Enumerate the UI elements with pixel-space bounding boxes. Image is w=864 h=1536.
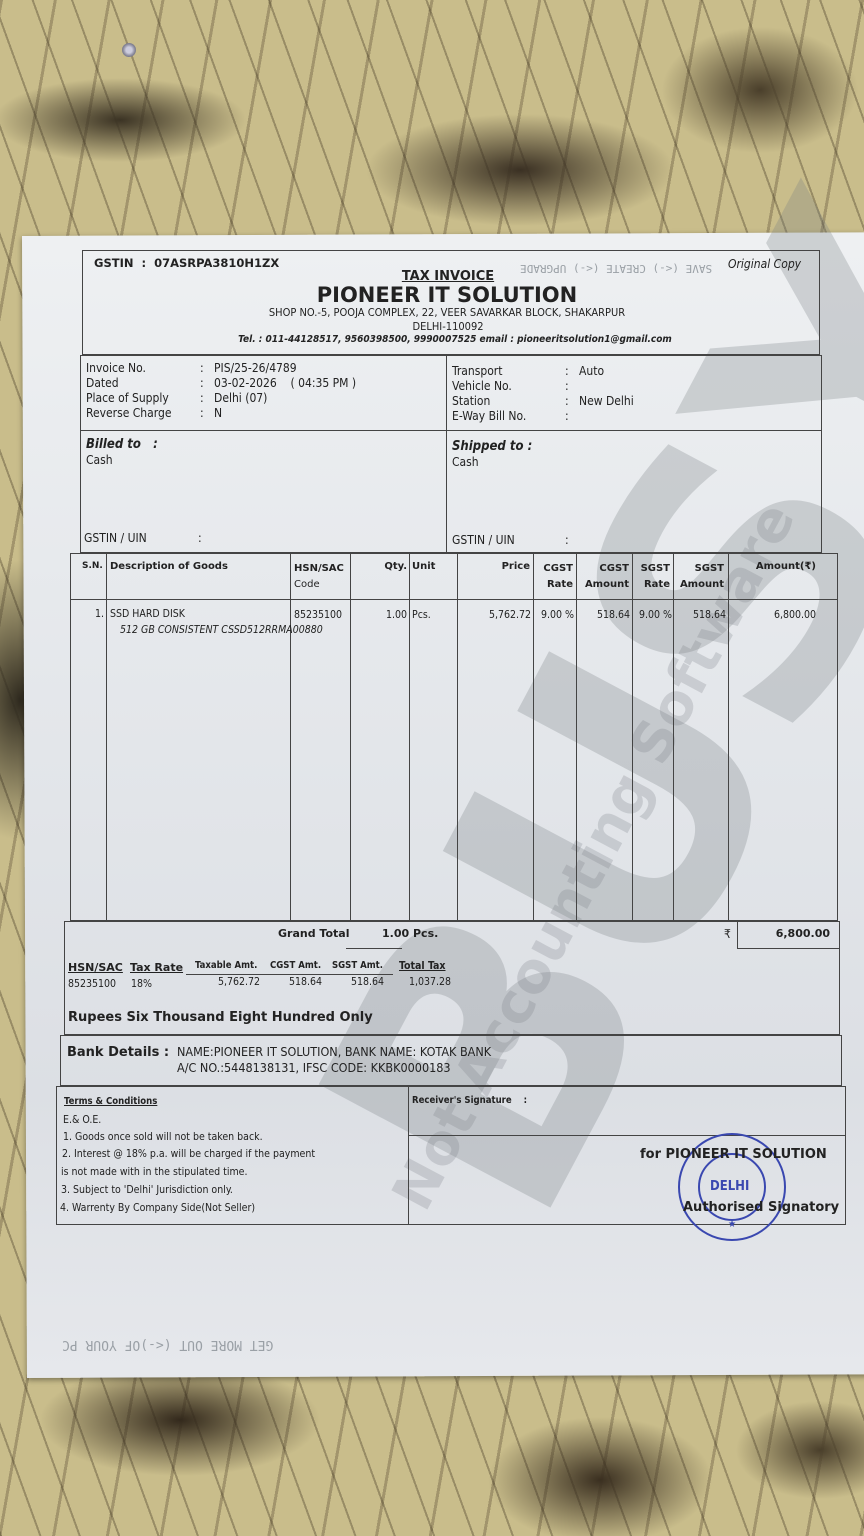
row-sgst-amount: 518.64 xyxy=(675,609,726,621)
invoice-no-label: Invoice No. xyxy=(86,361,146,375)
address-line2: DELHI-110092 xyxy=(380,320,516,333)
row-sub-description: 512 GB CONSISTENT CSSD512RRMA00880 xyxy=(120,624,323,636)
address-line1: SHOP NO.-5, POOJA COMPLEX, 22, VEER SAVA… xyxy=(200,306,694,319)
row-cgst-amount: 518.64 xyxy=(578,609,630,621)
dated-value: 03-02-2026 ( 04:35 PM ) xyxy=(214,376,356,390)
row-unit: Pcs. xyxy=(412,609,431,621)
header-sn: S.N. xyxy=(82,561,103,571)
stamp-text: DELHI xyxy=(710,1179,749,1194)
station-label: Station xyxy=(452,394,490,408)
dated-label: Dated xyxy=(86,376,119,390)
authorised-signatory: Authorised Signatory xyxy=(683,1200,839,1215)
reverse-charge-value: N xyxy=(214,406,222,420)
invoice-info-box xyxy=(80,355,822,553)
tax-summary-header-sgst: SGST Amt. xyxy=(332,960,383,971)
tax-summary-header-total: Total Tax xyxy=(399,960,446,972)
header-description: Description of Goods xyxy=(110,561,228,572)
row-amount: 6,800.00 xyxy=(730,609,816,621)
for-company: for PIONEER IT SOLUTION xyxy=(640,1147,827,1162)
mirrored-footer-text: GET MORE OUT (<-)OF YOUR PC xyxy=(62,1337,273,1352)
row-price: 5,762.72 xyxy=(460,609,531,621)
terms-title: Terms & Conditions xyxy=(64,1096,157,1107)
row-hsn: 85235100 xyxy=(294,609,342,621)
tax-summary-header-rate: Tax Rate xyxy=(130,961,183,974)
receiver-signature-label: Receiver's Signature : xyxy=(412,1095,527,1106)
amount-in-words: Rupees Six Thousand Eight Hundred Only xyxy=(68,1010,373,1025)
doc-title: TAX INVOICE xyxy=(380,269,516,284)
header-sgst-amount: SGSTAmount xyxy=(675,561,724,593)
grand-total-label: Grand Total xyxy=(278,927,349,940)
station-value: New Delhi xyxy=(579,394,634,408)
header-amount: Amount(₹) xyxy=(730,561,816,572)
eway-bill-label: E-Way Bill No. xyxy=(452,409,526,423)
invoice: GSTIN : 07ASRPA3810H1ZX SAVE (<-) CREATE… xyxy=(0,0,864,1536)
header-price: Price xyxy=(460,561,530,572)
billed-gstin-label: GSTIN / UIN xyxy=(84,531,147,545)
copy-label: Original Copy xyxy=(728,257,801,271)
bank-line2: A/C NO.:5448138131, IFSC CODE: KKBK00001… xyxy=(177,1060,451,1075)
row-sn: 1. xyxy=(84,608,104,620)
billed-to-name: Cash xyxy=(86,453,113,467)
reverse-charge-label: Reverse Charge xyxy=(86,406,172,420)
bank-line1: NAME:PIONEER IT SOLUTION, BANK NAME: KOT… xyxy=(177,1044,491,1059)
rupee-icon: ₹ xyxy=(724,927,731,941)
shipped-to-name: Cash xyxy=(452,455,479,469)
transport-value: Auto xyxy=(579,364,604,378)
star-icon: ★ xyxy=(728,1219,736,1230)
row-cgst-rate: 9.00 % xyxy=(535,609,574,621)
header-hsn: HSN/SACCode xyxy=(294,561,344,593)
header-cgst-rate: CGSTRate xyxy=(535,561,573,593)
bank-details-label: Bank Details : xyxy=(67,1045,169,1060)
place-of-supply-label: Place of Supply xyxy=(86,391,169,405)
grand-total-qty: 1.00 Pcs. xyxy=(382,927,438,940)
header-unit: Unit xyxy=(412,561,435,572)
transport-label: Transport xyxy=(452,364,502,378)
row-description: SSD HARD DISK xyxy=(110,608,185,620)
header-cgst-amount: CGSTAmount xyxy=(578,561,629,593)
contact-line: Tel. : 011-44128517, 9560398500, 9990007… xyxy=(190,334,720,345)
vehicle-no-label: Vehicle No. xyxy=(452,379,512,393)
row-sgst-rate: 9.00 % xyxy=(634,609,672,621)
row-qty: 1.00 xyxy=(352,609,407,621)
header-qty: Qty. xyxy=(352,561,407,572)
shipped-gstin-label: GSTIN / UIN xyxy=(452,533,515,547)
grand-total-amount: 6,800.00 xyxy=(740,927,830,940)
invoice-no-value: PIS/25-26/4789 xyxy=(214,361,297,375)
company-name: PIONEER IT SOLUTION xyxy=(280,283,614,307)
header-sgst-rate: SGSTRate xyxy=(634,561,670,593)
tax-summary-header-hsn: HSN/SAC xyxy=(68,961,123,974)
place-of-supply-value: Delhi (07) xyxy=(214,391,267,405)
shipped-to-label: Shipped to : xyxy=(452,439,532,454)
billed-to-label: Billed to : xyxy=(86,437,158,452)
mirrored-top-text: SAVE (<-) CREATE (<-) UPGRADE xyxy=(520,262,712,275)
tax-summary-header-taxable: Taxable Amt. xyxy=(195,960,257,971)
tax-summary-header-cgst: CGST Amt. xyxy=(270,960,321,971)
gstin: GSTIN : 07ASRPA3810H1ZX xyxy=(94,256,279,270)
